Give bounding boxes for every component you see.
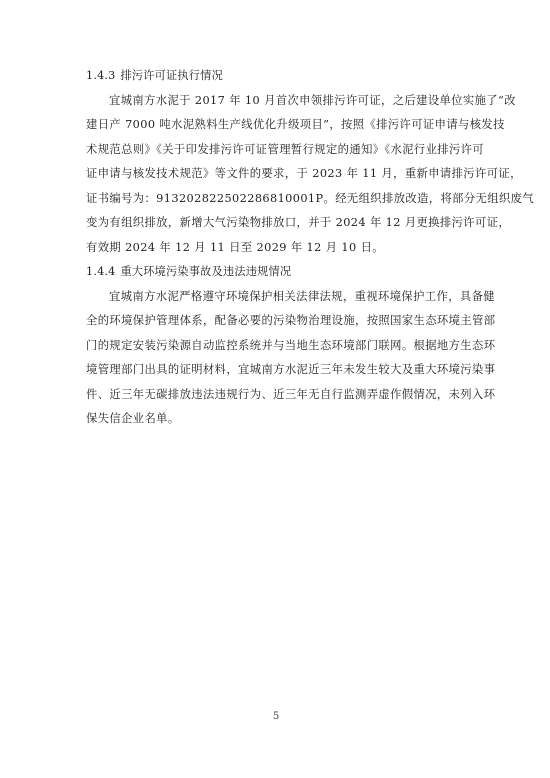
page-number: 5: [270, 711, 282, 722]
paragraph-line: 境管理部门出具的证明材料，宜城南方水泥近三年未发生较大及重大环境污染事: [86, 358, 469, 383]
paragraph-line: 建日产 7000 吨水泥熟料生产线优化升级项目”，按照《排污许可证申请与核发技: [86, 113, 469, 138]
section-heading: 1.4.4重大环境污染事故及违法违规情况: [86, 260, 469, 285]
paragraph-line: 术规范总则》《关于印发排污许可证管理暂行规定的通知》《水泥行业排污许可: [86, 138, 469, 163]
paragraph: 宜城南方水泥严格遵守环境保护相关法律法规，重视环境保护工作，具备健 全的环境保护…: [86, 285, 469, 432]
section-number: 1.4.4: [86, 265, 115, 278]
section-title: 重大环境污染事故及违法违规情况: [120, 265, 291, 278]
paragraph-line: 证申请与核发技术规范》等文件的要求，于 2023 年 11 月，重新申请排污许可…: [86, 162, 469, 187]
paragraph-line: 宜城南方水泥于 2017 年 10 月首次申领排污许可证，之后建设单位实施了“改: [86, 89, 469, 114]
paragraph-line: 门的规定安装污染源自动监控系统并与当地生态环境部门联网。根据地方生态环: [86, 334, 469, 359]
paragraph-line: 证书编号为：91320282250228681000​1P。经无组织排放改造，将…: [86, 187, 469, 212]
section-number: 1.4.3: [86, 69, 115, 82]
paragraph: 宜城南方水泥于 2017 年 10 月首次申领排污许可证，之后建设单位实施了“改…: [86, 89, 469, 261]
page-content: 1.4.3排污许可证执行情况 宜城南方水泥于 2017 年 10 月首次申领排污…: [86, 64, 469, 432]
section-1-4-4: 1.4.4重大环境污染事故及违法违规情况 宜城南方水泥严格遵守环境保护相关法律法…: [86, 260, 469, 432]
section-1-4-3: 1.4.3排污许可证执行情况 宜城南方水泥于 2017 年 10 月首次申领排污…: [86, 64, 469, 260]
document-page: 1.4.3排污许可证执行情况 宜城南方水泥于 2017 年 10 月首次申领排污…: [0, 0, 550, 778]
section-heading: 1.4.3排污许可证执行情况: [86, 64, 469, 89]
paragraph-line: 件、近三年无碳排放违法违规行为、近三年无自行监测弄虚作假情况，未列入环: [86, 383, 469, 408]
paragraph-line: 全的环境保护管理体系，配备必要的污染物治理设施，按照国家生态环境主管部: [86, 309, 469, 334]
section-title: 排污许可证执行情况: [120, 69, 223, 82]
paragraph-line: 有效期 2024 年 12 月 11 日至 2029 年 12 月 10 日。: [86, 236, 469, 261]
paragraph-line: 保失信企业名单。: [86, 407, 469, 432]
paragraph-line: 变为有组织排放，新增大气污染物排放口，并于 2024 年 12 月更换排污许可证…: [86, 211, 469, 236]
paragraph-line: 宜城南方水泥严格遵守环境保护相关法律法规，重视环境保护工作，具备健: [86, 285, 469, 310]
